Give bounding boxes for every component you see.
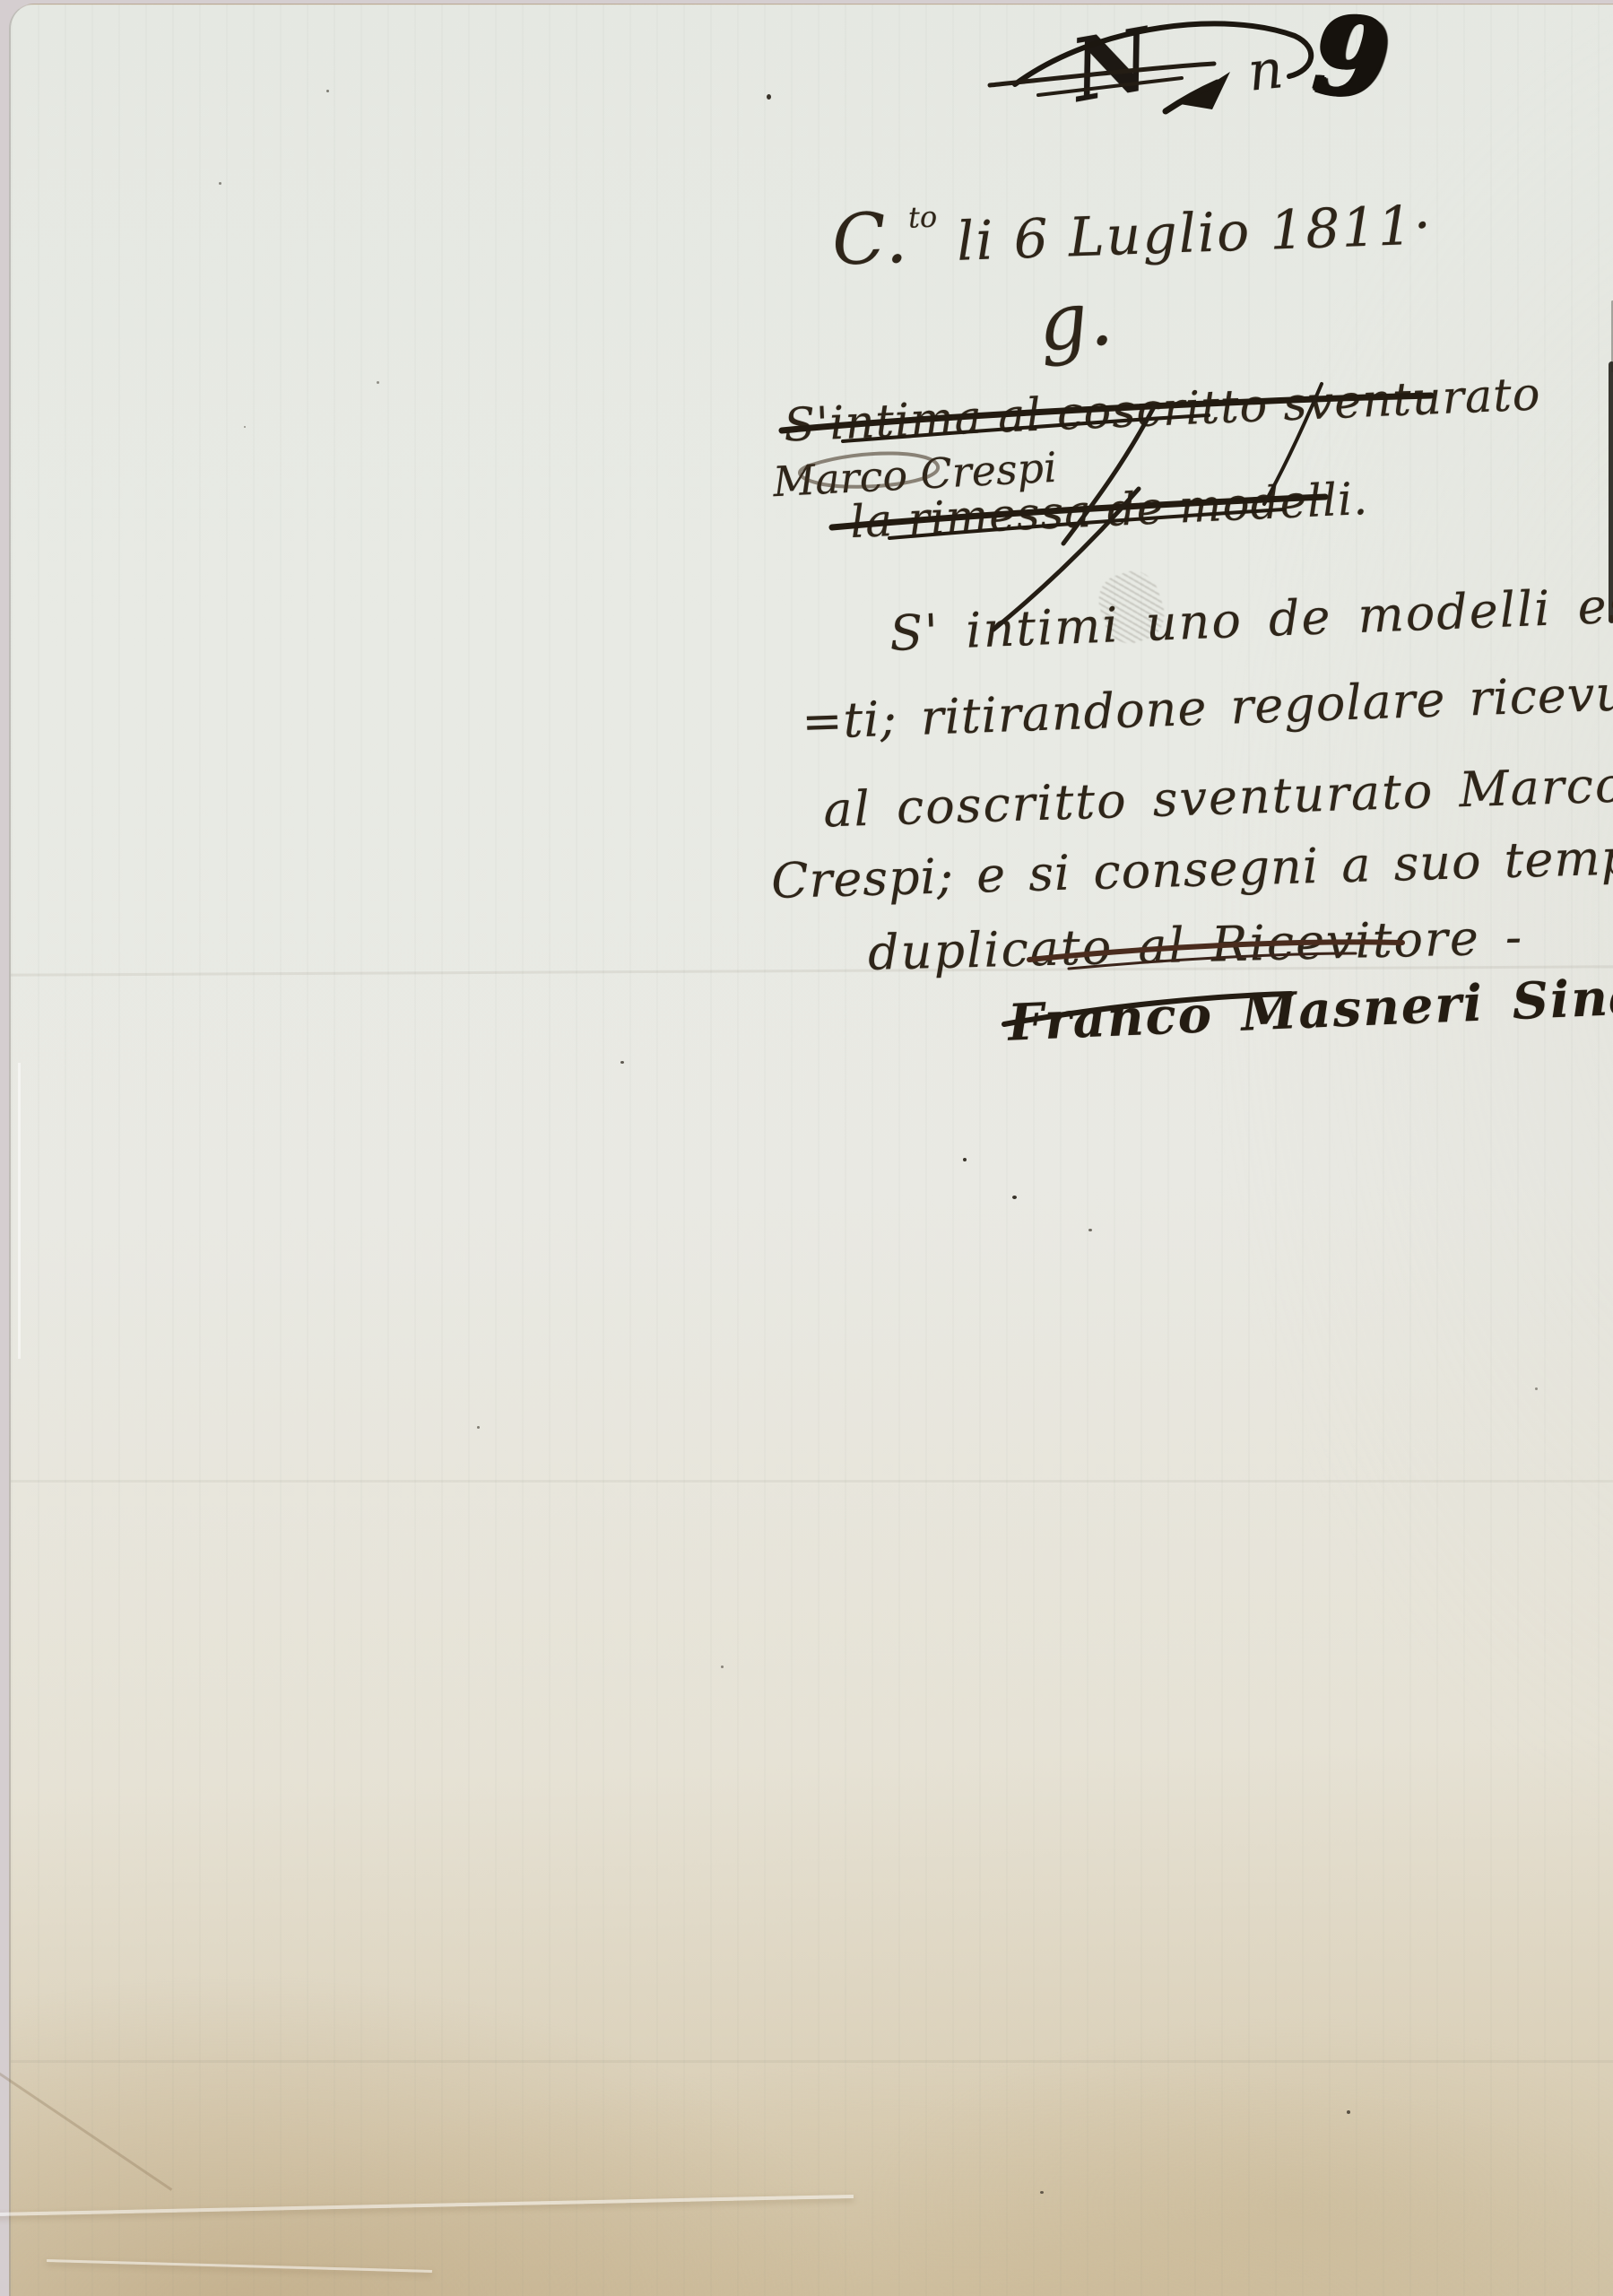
ink-speck [1012,1196,1017,1199]
crease [0,2068,172,2191]
ink-speck [1535,1387,1538,1390]
dateline-abbrev-superscript: to [907,200,937,235]
dateline-date-text: li 6 Luglio 1811· [937,194,1434,274]
ink-speck [1347,2110,1350,2114]
ink-speck [620,1061,624,1064]
crease [47,2259,432,2273]
crease [18,1063,21,1359]
header-scribble-letter: n [1244,38,1286,104]
ink-speck [219,182,221,185]
ink-speck [1040,2191,1044,2194]
header-page-number: 9 [1310,0,1392,122]
ink-speck [963,1158,967,1161]
ink-speck [326,90,329,92]
ink-speck [721,1665,724,1668]
fold-line [11,2060,1613,2063]
paper-sheet [9,4,1613,2296]
manuscript-scan: N n 9 C.to li 6 Luglio 1811· g. S'intima… [0,0,1613,2296]
ink-speck [377,381,379,384]
dateline-place-abbrev: C. [831,198,911,282]
ink-speck [477,1426,480,1429]
fold-line [11,1480,1613,1483]
crease [0,2195,854,2216]
ink-speck [244,426,246,428]
ink-speck [767,94,771,100]
header-crossed-letter: N [1064,8,1159,122]
ink-speck [1088,1229,1092,1231]
paraph-flourish: g. [1034,273,1116,370]
